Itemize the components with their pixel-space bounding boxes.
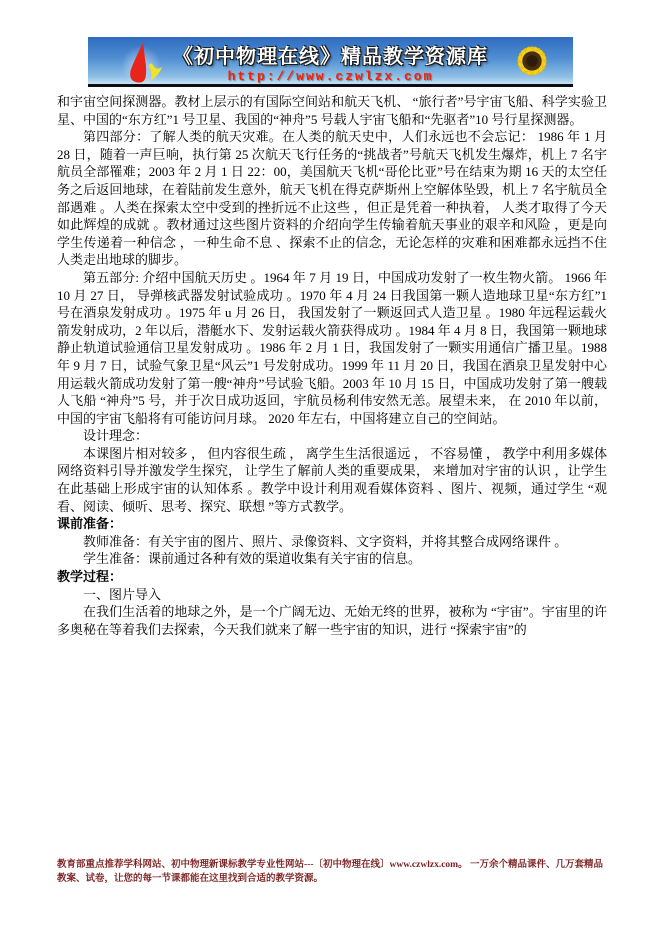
site-banner: 《初中物理在线》精品教学资源库 http://www.czwlzx.com bbox=[88, 37, 573, 87]
heading-design-concept: 设计理念： bbox=[57, 427, 607, 445]
site-url: http://www.czwlzx.com bbox=[228, 69, 434, 84]
paragraph-teacher-prep: 教师准备：有关宇宙的图片、照片、录像资料、文字资料，并将其整合成网络课件 。 bbox=[57, 533, 607, 551]
paragraph-part-five: 第五部分: 介绍中国航天历史 。1964 年 7 月 19 日，中国成功发射了一… bbox=[57, 269, 607, 427]
banner-text-block: 《初中物理在线》精品教学资源库 http://www.czwlzx.com bbox=[88, 37, 573, 84]
document-body: 和宇宙空间探测器。教材上层示的有国际空间站和航天飞机、 “旅行者”号宇宙飞船、科… bbox=[57, 93, 607, 638]
heading-class-preparation: 课前准备： bbox=[57, 515, 607, 533]
sunflower-icon bbox=[503, 37, 561, 87]
site-title: 《初中物理在线》精品教学资源库 bbox=[173, 40, 488, 69]
heading-picture-intro: 一、图片导入 bbox=[57, 586, 607, 604]
paragraph-part-four: 第四部分：了解人类的航天灾难。在人类的航天史中，人们永远也不会忘记： 1986 … bbox=[57, 128, 607, 269]
paragraph-continuation: 和宇宙空间探测器。教材上层示的有国际空间站和航天飞机、 “旅行者”号宇宙飞船、科… bbox=[57, 93, 607, 128]
paragraph-picture-intro: 在我们生活着的地球之外，是一个广阔无边、无始无终的世界，被称为 “宇宙”。宇宙里… bbox=[57, 603, 607, 638]
heading-teaching-process: 教学过程： bbox=[57, 568, 607, 586]
paragraph-student-prep: 学生准备：课前通过各种有效的渠道收集有关宇宙的信息。 bbox=[57, 550, 607, 568]
footer-promo-text: 教育部重点推荐学科网站、初中物理新课标教学专业性网站---〔初中物理在线〕www… bbox=[57, 858, 609, 886]
paragraph-design-concept: 本课图片相对较多 ， 但内容很生疏 ， 离学生生活很遥远 ， 不容易懂 ， 教学… bbox=[57, 445, 607, 515]
document-page: 《初中物理在线》精品教学资源库 http://www.czwlzx.com bbox=[0, 0, 661, 936]
